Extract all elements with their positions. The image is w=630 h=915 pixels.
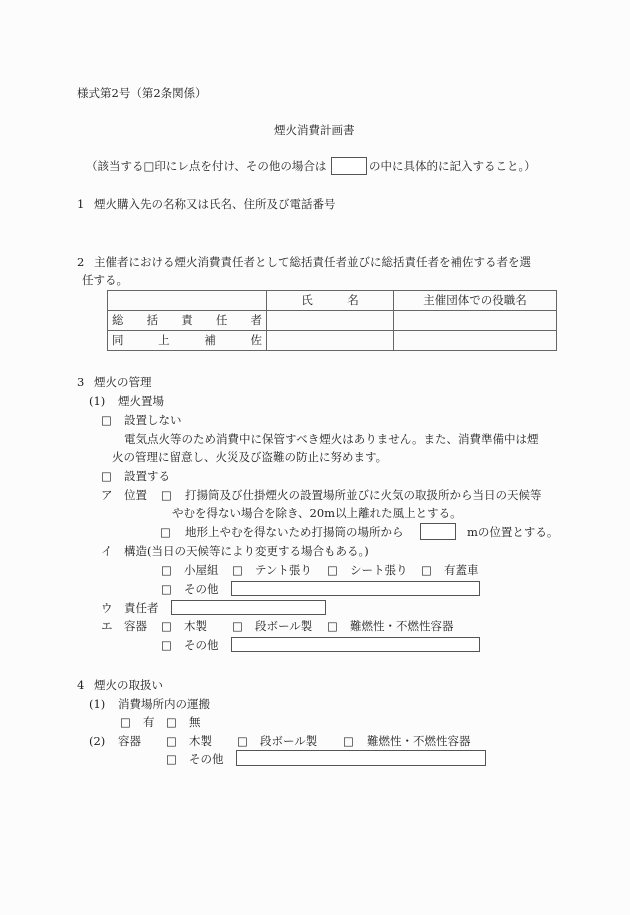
section4-sub2-title: 容器 [118,733,141,749]
section4-number: 4 [77,677,84,693]
storage-none-text-line2: 火の管理に留意し、火災及び盗難の防止に努めます。 [112,449,387,465]
section4-sub1-number: (1) [89,696,105,712]
label-char: 上 [158,331,170,350]
checkbox-container-other[interactable]: □ [161,637,172,653]
checkbox-container-cardboard[interactable]: □ [232,618,243,634]
container-other-input[interactable] [231,637,480,652]
instruction-text-after: の中に具体的に記入すること。） [369,158,536,174]
item-u-marker: ウ [101,600,113,616]
instruction-text-before: （該当する□印にレ点を付け、その他の場合は [86,158,326,174]
container-wood-label: 木製 [184,618,207,634]
item-a-marker: ア [101,487,113,503]
checkbox-handling-container-cardboard[interactable]: □ [237,733,248,749]
label-char: 責 [181,311,193,330]
handling-container-other-label: その他 [189,751,224,767]
section3-sub1-title: 煙火置場 [118,393,164,409]
chief-position-cell[interactable] [394,311,557,331]
section3-title: 煙火の管理 [94,374,152,390]
checkbox-storage-yes[interactable]: □ [101,468,112,484]
item-e-label: 容器 [124,618,147,634]
label-char: 括 [147,311,159,330]
location-20m-line1: 打揚筒及び仕掛煙火の設置場所並びに火気の取扱所から当日の天候等 [185,487,542,503]
checkbox-transport-yes[interactable]: □ [120,714,131,730]
checkbox-structure-tent[interactable]: □ [232,562,243,578]
location-terrain-unit: mの位置とする。 [467,524,558,540]
label-char: 者 [251,311,263,330]
item-a-label: 位置 [124,487,147,503]
checkbox-container-fireproof[interactable]: □ [327,618,338,634]
structure-other-label: その他 [184,581,219,597]
table-header-position: 主催団体での役職名 [394,291,557,311]
checkbox-structure-sheet[interactable]: □ [327,562,338,578]
handling-container-other-input[interactable] [236,750,486,766]
item-i-marker: イ [101,543,113,559]
section4-sub1-title: 消費場所内の運搬 [118,696,210,712]
checkbox-handling-container-fireproof[interactable]: □ [343,733,354,749]
table-row: 同 上 補 佐 [108,331,557,351]
label-char: 補 [204,331,216,350]
storage-none-text-line1: 電気点火等のため消費中に保管すべき煙火はありません。また、消費準備中は煙 [124,431,538,447]
chief-name-cell[interactable] [267,311,394,331]
transport-yes-label: 有 [143,714,155,730]
item-e-marker: エ [101,618,113,634]
handling-container-fireproof-label: 難燃性・不燃性容器 [367,733,471,749]
handling-container-wood-label: 木製 [189,733,212,749]
table-header-blank [108,291,267,311]
container-fireproof-label: 難燃性・不燃性容器 [350,618,454,634]
checkbox-location-20m[interactable]: □ [161,487,172,503]
item-i-label: 構造(当日の天候等により変更する場合もある。) [124,543,369,559]
structure-hut-label: 小屋組 [184,562,219,578]
form-number: 様式第2号（第2条関係） [77,85,207,101]
checkbox-structure-other[interactable]: □ [161,581,172,597]
checkbox-storage-none[interactable]: □ [101,412,112,428]
table-row: 総 括 責 任 者 [108,311,557,331]
option-storage-none-label: 設置しない [124,412,182,428]
section2-number: 2 [77,254,84,270]
section3-number: 3 [77,374,84,390]
section2-title-line1: 主催者における煙火消費責任者として総括責任者並びに総括責任者を補佐する者を選 [94,254,531,270]
checkbox-structure-covered-vehicle[interactable]: □ [421,562,432,578]
structure-sheet-label: シート張り [350,562,408,578]
checkbox-handling-container-wood[interactable]: □ [166,733,177,749]
section1-number: 1 [77,196,84,212]
page-title: 煙火消費計画書 [274,122,355,138]
item-u-label: 責任者 [124,600,159,616]
container-cardboard-label: 段ボール製 [255,618,312,634]
section2-title-line2: 任する。 [82,272,128,288]
table-header-row: 氏 名 主催団体での役職名 [108,291,557,311]
structure-other-input[interactable] [231,581,480,596]
checkbox-transport-no[interactable]: □ [166,714,177,730]
storage-manager-input[interactable] [171,600,326,615]
row-label-assistant: 同 上 補 佐 [108,331,267,351]
assistant-position-cell[interactable] [394,331,557,351]
structure-tent-label: テント張り [255,562,312,578]
handling-container-cardboard-label: 段ボール製 [260,733,317,749]
container-other-label: その他 [184,637,219,653]
responsible-persons-table: 氏 名 主催団体での役職名 総 括 責 任 者 同 上 補 佐 [107,290,557,351]
label-char: 総 [112,311,124,330]
section4-title: 煙火の取扱い [94,677,163,693]
structure-covered-vehicle-label: 有蓋車 [444,562,479,578]
row-label-chief: 総 括 責 任 者 [108,311,267,331]
section4-sub2-number: (2) [89,733,105,749]
section1-title: 煙火購入先の名称又は氏名、住所及び電話番号 [94,196,336,212]
distance-input[interactable] [420,523,456,540]
location-terrain-text: 地形上やむを得ないため打揚筒の場所から [185,524,404,540]
option-storage-yes-label: 設置する [124,468,170,484]
table-header-name: 氏 名 [267,291,394,311]
label-char: 任 [216,311,228,330]
checkbox-location-terrain[interactable]: □ [160,524,171,540]
location-20m-line2: やむを得ない場合を除き、20m以上離れた風上とする。 [172,505,462,521]
checkbox-container-wood[interactable]: □ [161,618,172,634]
transport-no-label: 無 [189,714,201,730]
label-char: 同 [112,331,124,350]
section3-sub1-number: (1) [89,393,105,409]
checkbox-handling-container-other[interactable]: □ [166,751,177,767]
instruction-example-box [331,157,367,175]
assistant-name-cell[interactable] [267,331,394,351]
label-char: 佐 [250,331,262,350]
checkbox-structure-hut[interactable]: □ [161,562,172,578]
